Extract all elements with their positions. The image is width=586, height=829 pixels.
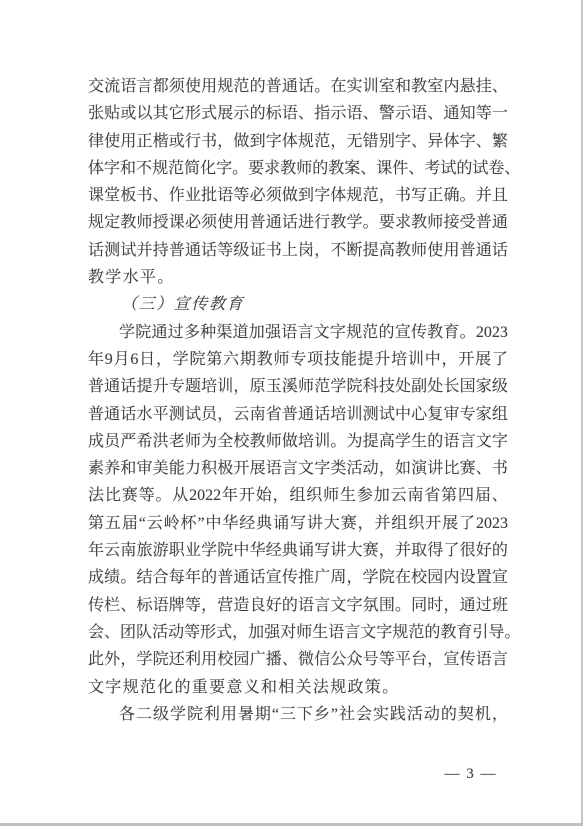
section-heading: （三）宣传教育 xyxy=(88,291,508,318)
text-line: 体字和不规范简化字。要求教师的教案、课件、考试的试卷、 xyxy=(88,155,508,182)
page-edge-right xyxy=(581,0,583,824)
page-edge-bottom xyxy=(0,823,583,826)
text-line: 成绩。结合每年的普通话宣传推广周，学院在校园内设置宣 xyxy=(88,564,508,591)
text-line: 第五届“云岭杯”中华经典诵写讲大赛，并组织开展了2023 xyxy=(88,510,508,537)
text-line: 课堂板书、作业批语等必须做到字体规范，书写正确。并且 xyxy=(88,182,508,209)
text-line: 素养和审美能力积极开展语言文字类活动，如演讲比赛、书 xyxy=(88,455,508,482)
text-line: 普通话水平测试员，云南省普通话培训测试中心复审专家组 xyxy=(88,401,508,428)
text-line: 文字规范化的重要意义和相关法规政策。 xyxy=(88,674,508,701)
text-line: 法比赛等。从2022年开始，组织师生参加云南省第四届、 xyxy=(88,482,508,509)
page-number: — 3 — xyxy=(445,761,498,788)
text-line: 传栏、标语牌等，营造良好的语言文字氛围。同时，通过班 xyxy=(88,592,508,619)
text-line: 规定教师授课必须使用普通话进行教学。要求教师接受普通 xyxy=(88,209,508,236)
text-line: 律使用正楷或行书，做到字体规范，无错别字、异体字、繁 xyxy=(88,128,508,155)
text-line: 此外，学院还利用校园广播、微信公众号等平台，宣传语言 xyxy=(88,646,508,673)
document-text: 交流语言都须使用规范的普通话。在实训室和教室内悬挂、张贴或以其它形式展示的标语、… xyxy=(88,73,508,728)
document-page: 交流语言都须使用规范的普通话。在实训室和教室内悬挂、张贴或以其它形式展示的标语、… xyxy=(0,0,586,829)
text-line: 普通话提升专题培训，原玉溪师范学院科技处副处长国家级 xyxy=(88,373,508,400)
text-line: 年云南旅游职业学院中华经典诵写讲大赛，并取得了很好的 xyxy=(88,537,508,564)
text-line: 年9月6日，学院第六期教师专项技能提升培训中，开展了 xyxy=(88,346,508,373)
text-line: 学院通过多种渠道加强语言文字规范的宣传教育。2023 xyxy=(88,319,508,346)
text-line: 教学水平。 xyxy=(88,264,508,291)
text-line: 会、团队活动等形式，加强对师生语言文字规范的教育引导。 xyxy=(88,619,508,646)
text-line: 话测试并持普通话等级证书上岗，不断提高教师使用普通话 xyxy=(88,237,508,264)
text-line: 成员严希洪老师为全校教师做培训。为提高学生的语言文字 xyxy=(88,428,508,455)
text-line: 各二级学院利用暑期“三下乡”社会实践活动的契机， xyxy=(88,701,508,728)
text-line: 交流语言都须使用规范的普通话。在实训室和教室内悬挂、 xyxy=(88,73,508,100)
text-line: 张贴或以其它形式展示的标语、指示语、警示语、通知等一 xyxy=(88,100,508,127)
